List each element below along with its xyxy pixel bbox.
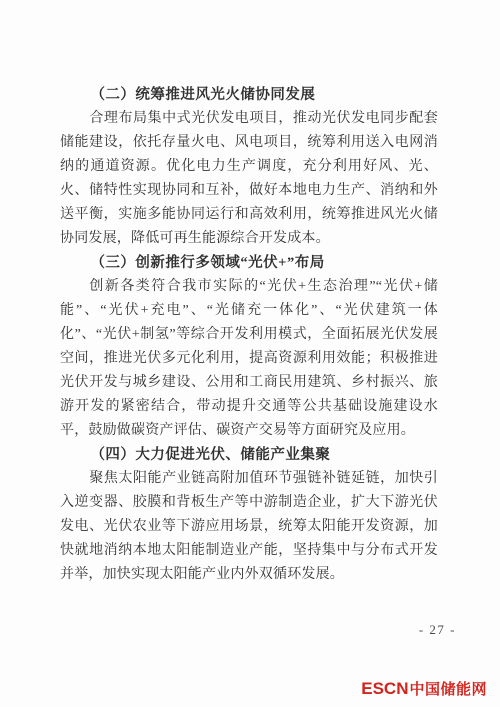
- section: （二）统筹推进风光火储协同发展 合理布局集中式光伏发电项目，推动光伏发电同步配套…: [60, 83, 438, 251]
- section-heading: （四）大力促进光伏、储能产业集聚: [60, 443, 438, 467]
- section-heading: （三）创新推行多领域“光伏+”布局: [60, 251, 438, 275]
- paragraph: 聚焦太阳能产业链高附加值环节强链补链延链，加快引入逆变器、胶膜和背板生产等中游制…: [60, 467, 438, 587]
- escn-logo-latin: ESCN: [361, 679, 408, 699]
- document-page: （二）统筹推进风光火储协同发展 合理布局集中式光伏发电项目，推动光伏发电同步配套…: [0, 0, 500, 707]
- paragraph: 合理布局集中式光伏发电项目，推动光伏发电同步配套储能建设，依托存量火电、风电项目…: [60, 107, 438, 251]
- paragraph: 创新各类符合我市实际的“光伏+生态治理”“光伏+储能”、“光伏+充电”、“光储充…: [60, 275, 438, 443]
- document-body: （二）统筹推进风光火储协同发展 合理布局集中式光伏发电项目，推动光伏发电同步配套…: [60, 83, 438, 587]
- escn-logo-cjk: 中国储能网: [409, 678, 487, 699]
- section-heading: （二）统筹推进风光火储协同发展: [60, 83, 438, 107]
- page-number: - 27 -: [419, 620, 456, 640]
- escn-logo: ESCN 中国储能网: [361, 678, 487, 699]
- section: （四）大力促进光伏、储能产业集聚 聚焦太阳能产业链高附加值环节强链补链延链，加快…: [60, 443, 438, 587]
- section: （三）创新推行多领域“光伏+”布局 创新各类符合我市实际的“光伏+生态治理”“光…: [60, 251, 438, 443]
